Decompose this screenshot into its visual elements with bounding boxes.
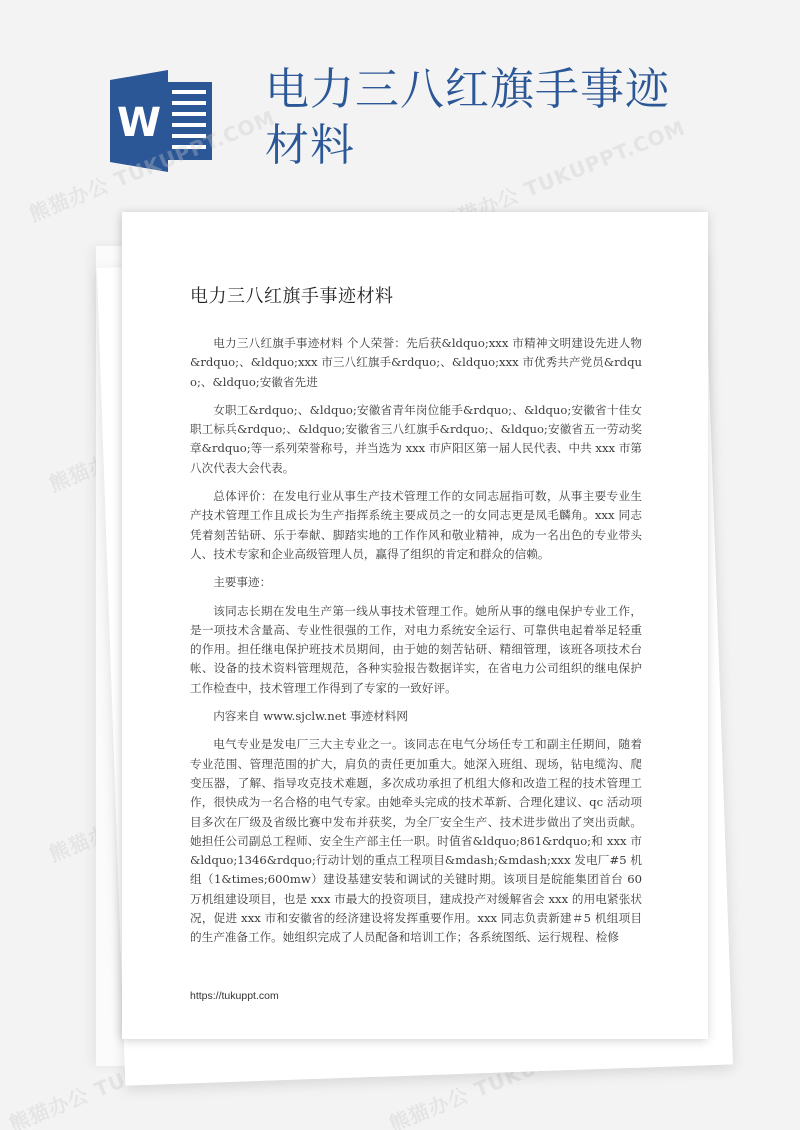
page-content: 电力三八红旗手事迹材料 电力三八红旗手事迹材料 个人荣誉：先后获&ldquo;x… bbox=[190, 282, 642, 957]
page-header: W 电力三八红旗手事迹材料 bbox=[0, 0, 800, 200]
svg-text:W: W bbox=[117, 100, 161, 146]
paragraph-main-deeds-heading: 主要事迹： bbox=[190, 573, 642, 592]
document-title: 电力三八红旗手事迹材料 bbox=[190, 282, 642, 308]
header-title: 电力三八红旗手事迹材料 bbox=[265, 62, 705, 174]
document-page: 电力三八红旗手事迹材料 电力三八红旗手事迹材料 个人荣誉：先后获&ldquo;x… bbox=[122, 212, 708, 1039]
paragraph-evaluation: 总体评价：在发电行业从事生产技术管理工作的女同志屈指可数，从事主要专业生产技术管… bbox=[190, 487, 642, 564]
paragraph-electrical: 电气专业是发电厂三大主专业之一。该同志在电气分场任专工和副主任期间，随着专业范围… bbox=[190, 735, 642, 947]
footer-url: https://tukuppt.com bbox=[190, 990, 279, 1002]
paragraph-honors-cont: 女职工&rdquo;、&ldquo;安徽省青年岗位能手&rdquo;、&ldqu… bbox=[190, 401, 642, 478]
paragraph-relay-protection: 该同志长期在发电生产第一线从事技术管理工作。她所从事的继电保护专业工作，是一项技… bbox=[190, 602, 642, 698]
paragraph-source: 内容来自 www.sjclw.net 事迹材料网 bbox=[190, 707, 642, 726]
paragraph-honors: 电力三八红旗手事迹材料 个人荣誉：先后获&ldquo;xxx 市精神文明建设先进… bbox=[190, 334, 642, 392]
word-document-icon: W bbox=[108, 70, 214, 172]
